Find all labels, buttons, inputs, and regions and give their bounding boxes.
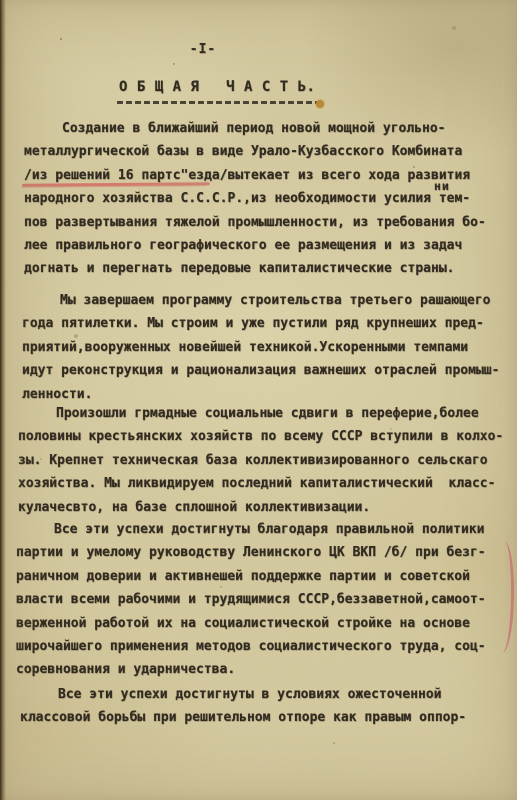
text-line: Создание в ближайший период новой мощной… <box>24 117 516 140</box>
text-line: партии и умелому руководству Ленинского … <box>16 541 508 564</box>
red-pencil-margin-mark <box>495 541 515 653</box>
text-line: Произошли грмадные социальные сдвиги в п… <box>18 402 510 425</box>
scanned-document-page: -I- О Б Щ А Я Ч А С Т Ь. Создание в ближ… <box>0 0 517 800</box>
text-line: Мы завершаем программу строительства тре… <box>22 289 514 312</box>
text-line: Все эти успехи достигнуты в условиях оже… <box>20 683 512 706</box>
page-number: -I- <box>185 42 221 57</box>
title-underline <box>117 101 317 104</box>
paragraph: Создание в ближайший период новой мощной… <box>24 117 516 281</box>
text-line: догнать и перегнать передовые капиталист… <box>24 257 516 280</box>
text-line: Все эти успехи достигнуты благодаря прав… <box>16 518 508 541</box>
text-line: верженной работой их на социалистической… <box>16 612 508 635</box>
paragraph: Мы завершаем программу строительства тре… <box>22 289 514 406</box>
paragraph: Произошли грмадные социальные сдвиги в п… <box>18 402 510 519</box>
text-line: зы. Крепнет техническая база коллективиз… <box>18 449 510 472</box>
section-title: О Б Щ А Я Ч А С Т Ь. <box>119 79 315 95</box>
paragraph: Все эти успехи достигнуты благодаря прав… <box>16 518 508 682</box>
text-line: раничном доверии и активнешей поддержке … <box>16 565 508 588</box>
text-line: половины крестьянских хозяйств по всему … <box>18 425 510 448</box>
text-line: года пятилетки. Мы строим и уже пустили … <box>22 312 514 335</box>
text-line: идут реконструкция и рационализация важн… <box>22 359 514 382</box>
scan-edge-shadow <box>0 0 6 800</box>
text-line: кулачесвто, на базе сплошной коллективиз… <box>18 496 510 519</box>
text-line: соревнования и ударничества. <box>16 658 508 681</box>
paragraph: Все эти успехи достигнуты в условиях оже… <box>20 683 512 730</box>
text-line: лее правильного географического ее разме… <box>24 234 516 257</box>
text-line: приятий,вооруженных новейшей техникой.Ус… <box>22 336 514 359</box>
text-line: классовой борьбы при решительном отпоре … <box>20 706 512 729</box>
paper-specks <box>60 38 62 40</box>
text-line: широчайшего применения методов социалист… <box>16 635 508 658</box>
ink-blot <box>316 100 324 108</box>
text-line: хозяйства. Мы ликвидируем последний капи… <box>18 472 510 495</box>
text-line: пов развертывания тяжелой промышленности… <box>24 211 516 234</box>
typed-correction: ни <box>434 179 450 193</box>
text-line: власти всеми рабочими и трудящимися СССР… <box>16 588 508 611</box>
text-line: металлургической базы в виде Урало-Кузба… <box>24 140 516 163</box>
